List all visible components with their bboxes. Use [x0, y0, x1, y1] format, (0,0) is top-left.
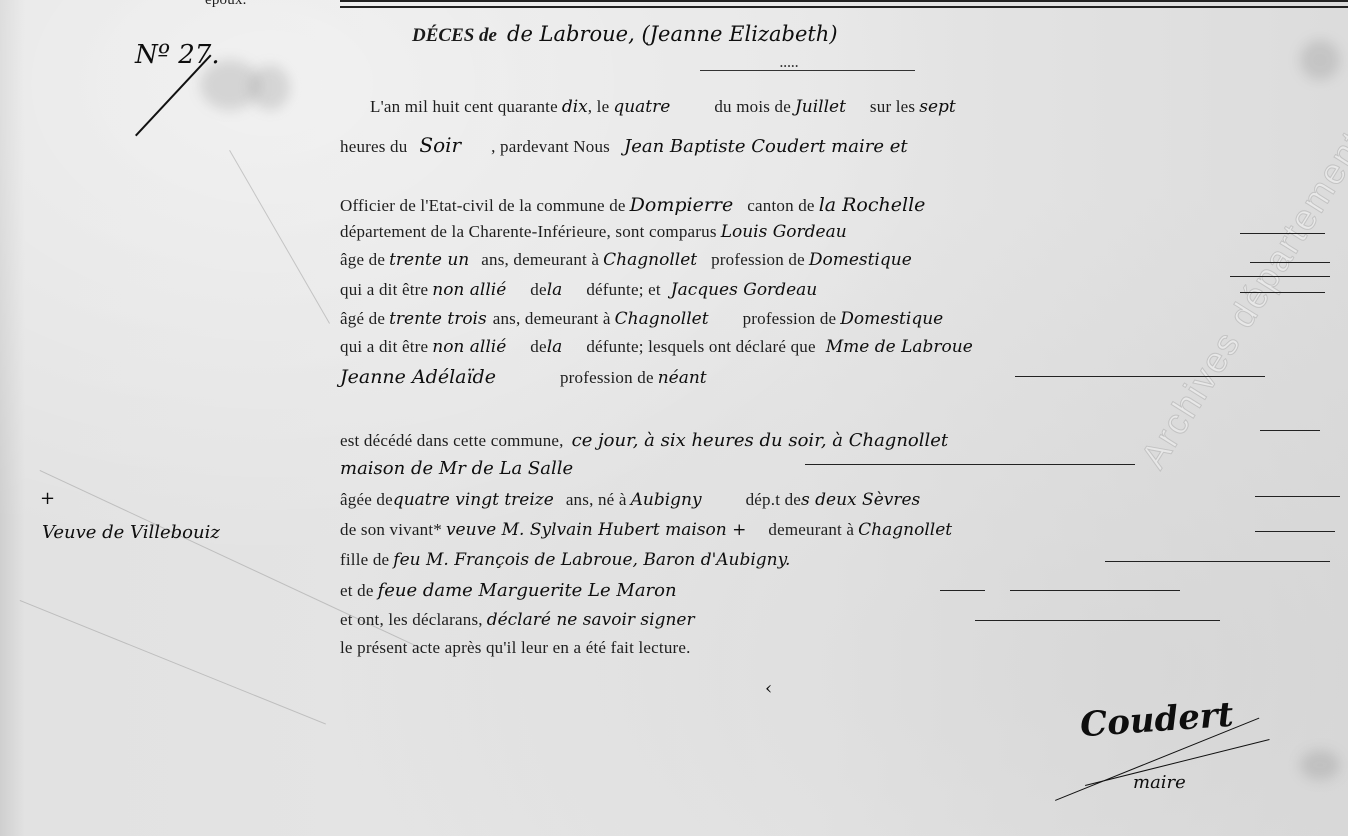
printed-text: ans, né à: [566, 490, 627, 509]
line-13: de son vivant* veuve M. Sylvain Hubert m…: [340, 520, 952, 540]
witness-2-relation: non allié: [432, 337, 506, 357]
ink-mark: ‹: [765, 678, 772, 699]
blank-line: [1240, 233, 1325, 234]
blank-line: [1250, 262, 1330, 263]
blank-line: [975, 620, 1220, 621]
line-17: le présent acte après qu'il leur en a ét…: [340, 638, 691, 658]
blank-line: [1255, 531, 1335, 532]
witness-2-residence: Chagnollet: [615, 309, 709, 329]
mother: feue dame Marguerite Le Maron: [378, 580, 677, 601]
printed-text: âge de: [340, 250, 385, 269]
spouse: veuve M. Sylvain Hubert maison +: [446, 520, 746, 540]
line-6: qui a dit être non allié dela défunte; e…: [340, 280, 817, 300]
printed-text: le présent acte après qu'il leur en a ét…: [340, 638, 691, 657]
printed-text: , pardevant Nous: [491, 137, 610, 156]
printed-text: ans, demeurant à: [481, 250, 599, 269]
hour: sept: [919, 97, 956, 117]
deceased-surname: Mme de Labroue: [826, 337, 973, 357]
document-scan: { "document": { "top_fragment": "époux."…: [0, 0, 1348, 836]
day: quatre: [613, 97, 670, 117]
blank-line: [1010, 590, 1180, 591]
top-border-rule: [340, 0, 1348, 8]
canton: la Rochelle: [819, 194, 926, 216]
blank-line: [1230, 276, 1330, 277]
line-10: est décédé dans cette commune, ce jour, …: [340, 430, 948, 451]
line-8: qui a dit être non allié dela défunte; l…: [340, 337, 973, 357]
line-14: fille de feu M. François de Labroue, Bar…: [340, 550, 790, 570]
witness-1-relation: non allié: [432, 280, 506, 300]
printed-text: et ont, les déclarans,: [340, 610, 483, 629]
printed-text: âgée de: [340, 490, 393, 509]
printed-text: département de la Charente-Inférieure, s…: [340, 222, 717, 241]
year-suffix: dix: [562, 97, 588, 117]
witness-1-name: Louis Gordeau: [721, 222, 847, 242]
title-ornament: [700, 70, 915, 71]
printed-text: du mois de: [714, 97, 791, 116]
record-number: Nº 27.: [135, 40, 220, 70]
death-house: maison de Mr de La Salle: [340, 458, 573, 479]
printed-text: défunte; et: [586, 280, 660, 299]
printed-text: canton de: [747, 196, 814, 215]
printed-text: est décédé dans cette commune,: [340, 431, 564, 450]
printed-text: profession de: [711, 250, 805, 269]
printed-text: défunte; lesquels ont déclaré que: [586, 337, 815, 356]
death-date-place: ce jour, à six heures du soir, à Chagnol…: [572, 430, 949, 451]
printed-text: de: [530, 337, 546, 356]
printed-text: fille de: [340, 550, 389, 569]
printed-text: sur les: [870, 97, 915, 116]
article: la: [547, 280, 563, 300]
printed-text: et de: [340, 581, 374, 600]
deceased-residence: Chagnollet: [858, 520, 952, 540]
record-title: DÉCES de de Labroue, (Jeanne Elizabeth): [412, 22, 838, 47]
line-12: âgée dequatre vingt treize ans, né à Aub…: [340, 490, 920, 510]
title-deceased-name: de Labroue, (Jeanne Elizabeth): [507, 22, 838, 46]
printed-text: qui a dit être: [340, 337, 428, 356]
month: Juillet: [795, 97, 846, 117]
margin-cross-mark: +: [40, 488, 55, 509]
blank-line: [1015, 376, 1265, 377]
blank-line: [1260, 430, 1320, 431]
deceased-given-names: Jeanne Adélaïde: [340, 366, 496, 388]
printed-text: L'an mil huit cent quarante: [370, 97, 558, 116]
line-3: Officier de l'Etat-civil de la commune d…: [340, 194, 925, 216]
paper-crease: [20, 600, 326, 725]
time-of-day: Soir: [419, 133, 461, 157]
blank-line: [1255, 496, 1340, 497]
title-printed: DÉCES de: [412, 25, 497, 46]
line-11: maison de Mr de La Salle: [340, 458, 573, 479]
printed-text: heures du: [340, 137, 407, 156]
blank-line: [1105, 561, 1330, 562]
blank-line: [1240, 292, 1325, 293]
line-2: heures du Soir, pardevant Nous Jean Bapt…: [340, 133, 908, 157]
witness-2-name: Jacques Gordeau: [671, 280, 817, 300]
father: feu M. François de Labroue, Baron d'Aubi…: [393, 550, 790, 570]
mayor-title: maire: [1133, 772, 1186, 793]
blank-line: [940, 590, 985, 591]
printed-text: profession de: [560, 368, 654, 387]
witness-2-age: trente trois: [389, 309, 487, 329]
line-9: Jeanne Adélaïde profession de néant: [340, 366, 707, 388]
deceased-profession: néant: [658, 368, 707, 388]
stain: [1300, 750, 1340, 780]
witness-2-profession: Domestique: [840, 309, 943, 329]
printed-text: dép.t de: [746, 490, 801, 509]
line-7: âgé de trente trois ans, demeurant à Cha…: [340, 309, 943, 329]
commune: Dompierre: [630, 194, 734, 216]
deceased-age: quatre vingt treize: [393, 490, 554, 510]
printed-text: âgé de: [340, 309, 385, 328]
previous-record-fragment: époux.: [205, 0, 247, 9]
printed-text: ans, demeurant à: [493, 309, 611, 328]
birth-department: s deux Sèvres: [801, 490, 920, 510]
line-16: et ont, les déclarans, déclaré ne savoir…: [340, 610, 695, 630]
archive-watermark: Archives départementales: [1132, 60, 1348, 476]
margin-note: Veuve de Villebouiz: [42, 522, 220, 543]
birthplace: Aubigny: [631, 490, 702, 510]
article: la: [547, 337, 563, 357]
line-1: L'an mil huit cent quarante dix, le quat…: [370, 97, 956, 117]
printed-text: demeurant à: [768, 520, 854, 539]
stain: [250, 65, 290, 110]
paper-crease: [229, 150, 330, 324]
printed-text: , le: [588, 97, 610, 116]
printed-text: qui a dit être: [340, 280, 428, 299]
stain: [1300, 40, 1340, 80]
printed-text: de: [530, 280, 546, 299]
printed-text: Officier de l'Etat-civil de la commune d…: [340, 196, 626, 215]
printed-text: de son vivant*: [340, 520, 442, 539]
printed-text: profession de: [743, 309, 837, 328]
line-15: et de feue dame Marguerite Le Maron: [340, 580, 677, 601]
blank-line: [805, 464, 1135, 465]
line-5: âge de trente un ans, demeurant à Chagno…: [340, 250, 912, 270]
officer-name: Jean Baptiste Coudert maire et: [624, 136, 908, 157]
witness-1-profession: Domestique: [809, 250, 912, 270]
witness-1-residence: Chagnollet: [603, 250, 697, 270]
witness-1-age: trente un: [389, 250, 469, 270]
line-4: département de la Charente-Inférieure, s…: [340, 222, 847, 242]
signing-declaration: déclaré ne savoir signer: [487, 610, 695, 630]
